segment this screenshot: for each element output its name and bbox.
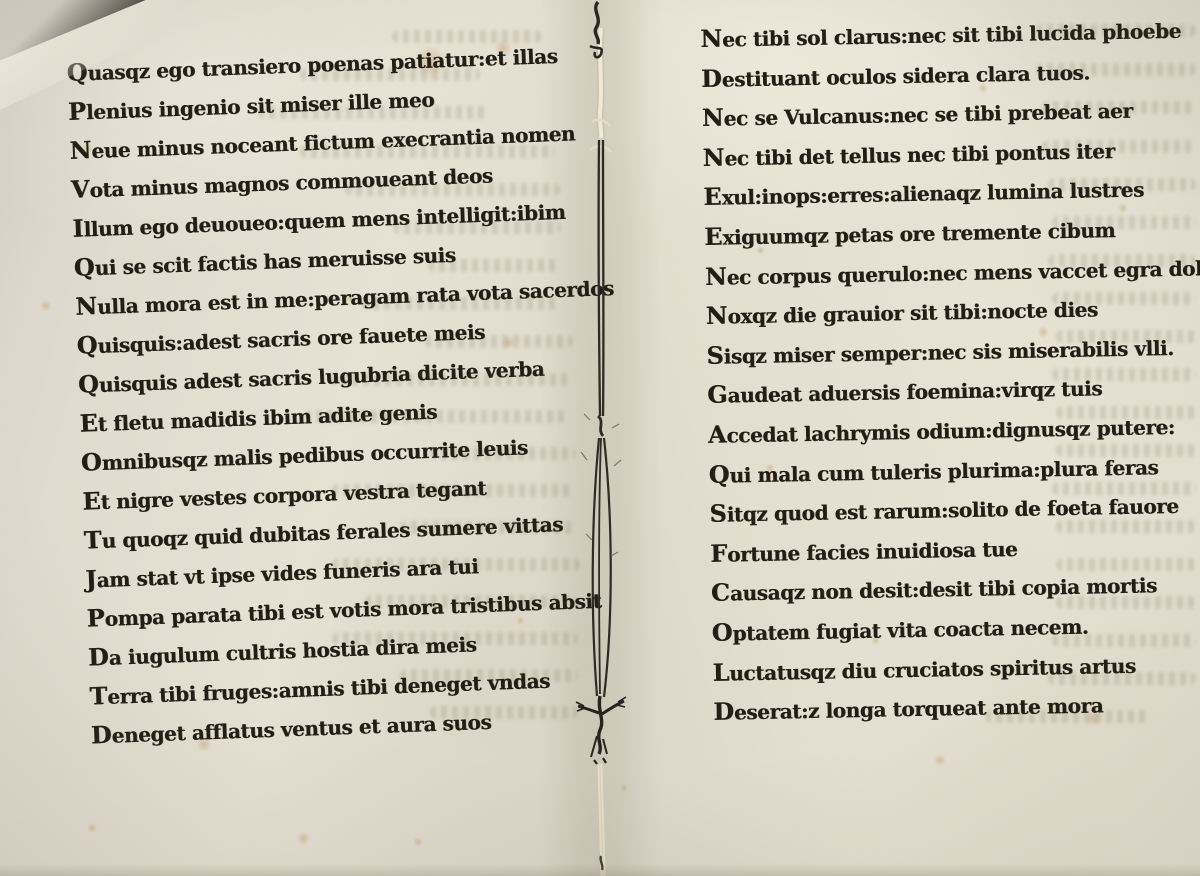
thread-bottom-knot [576, 696, 626, 764]
dark-thread [593, 140, 611, 697]
fold-crease [600, 764, 603, 876]
right-page-verses: Nec tibi sol clarus:nec sit tibi lucida … [700, 10, 1200, 733]
sewing-thread-svg [540, 0, 660, 876]
book-photo: Quasqz ego transiero poenas patiatur:et … [0, 0, 1200, 876]
